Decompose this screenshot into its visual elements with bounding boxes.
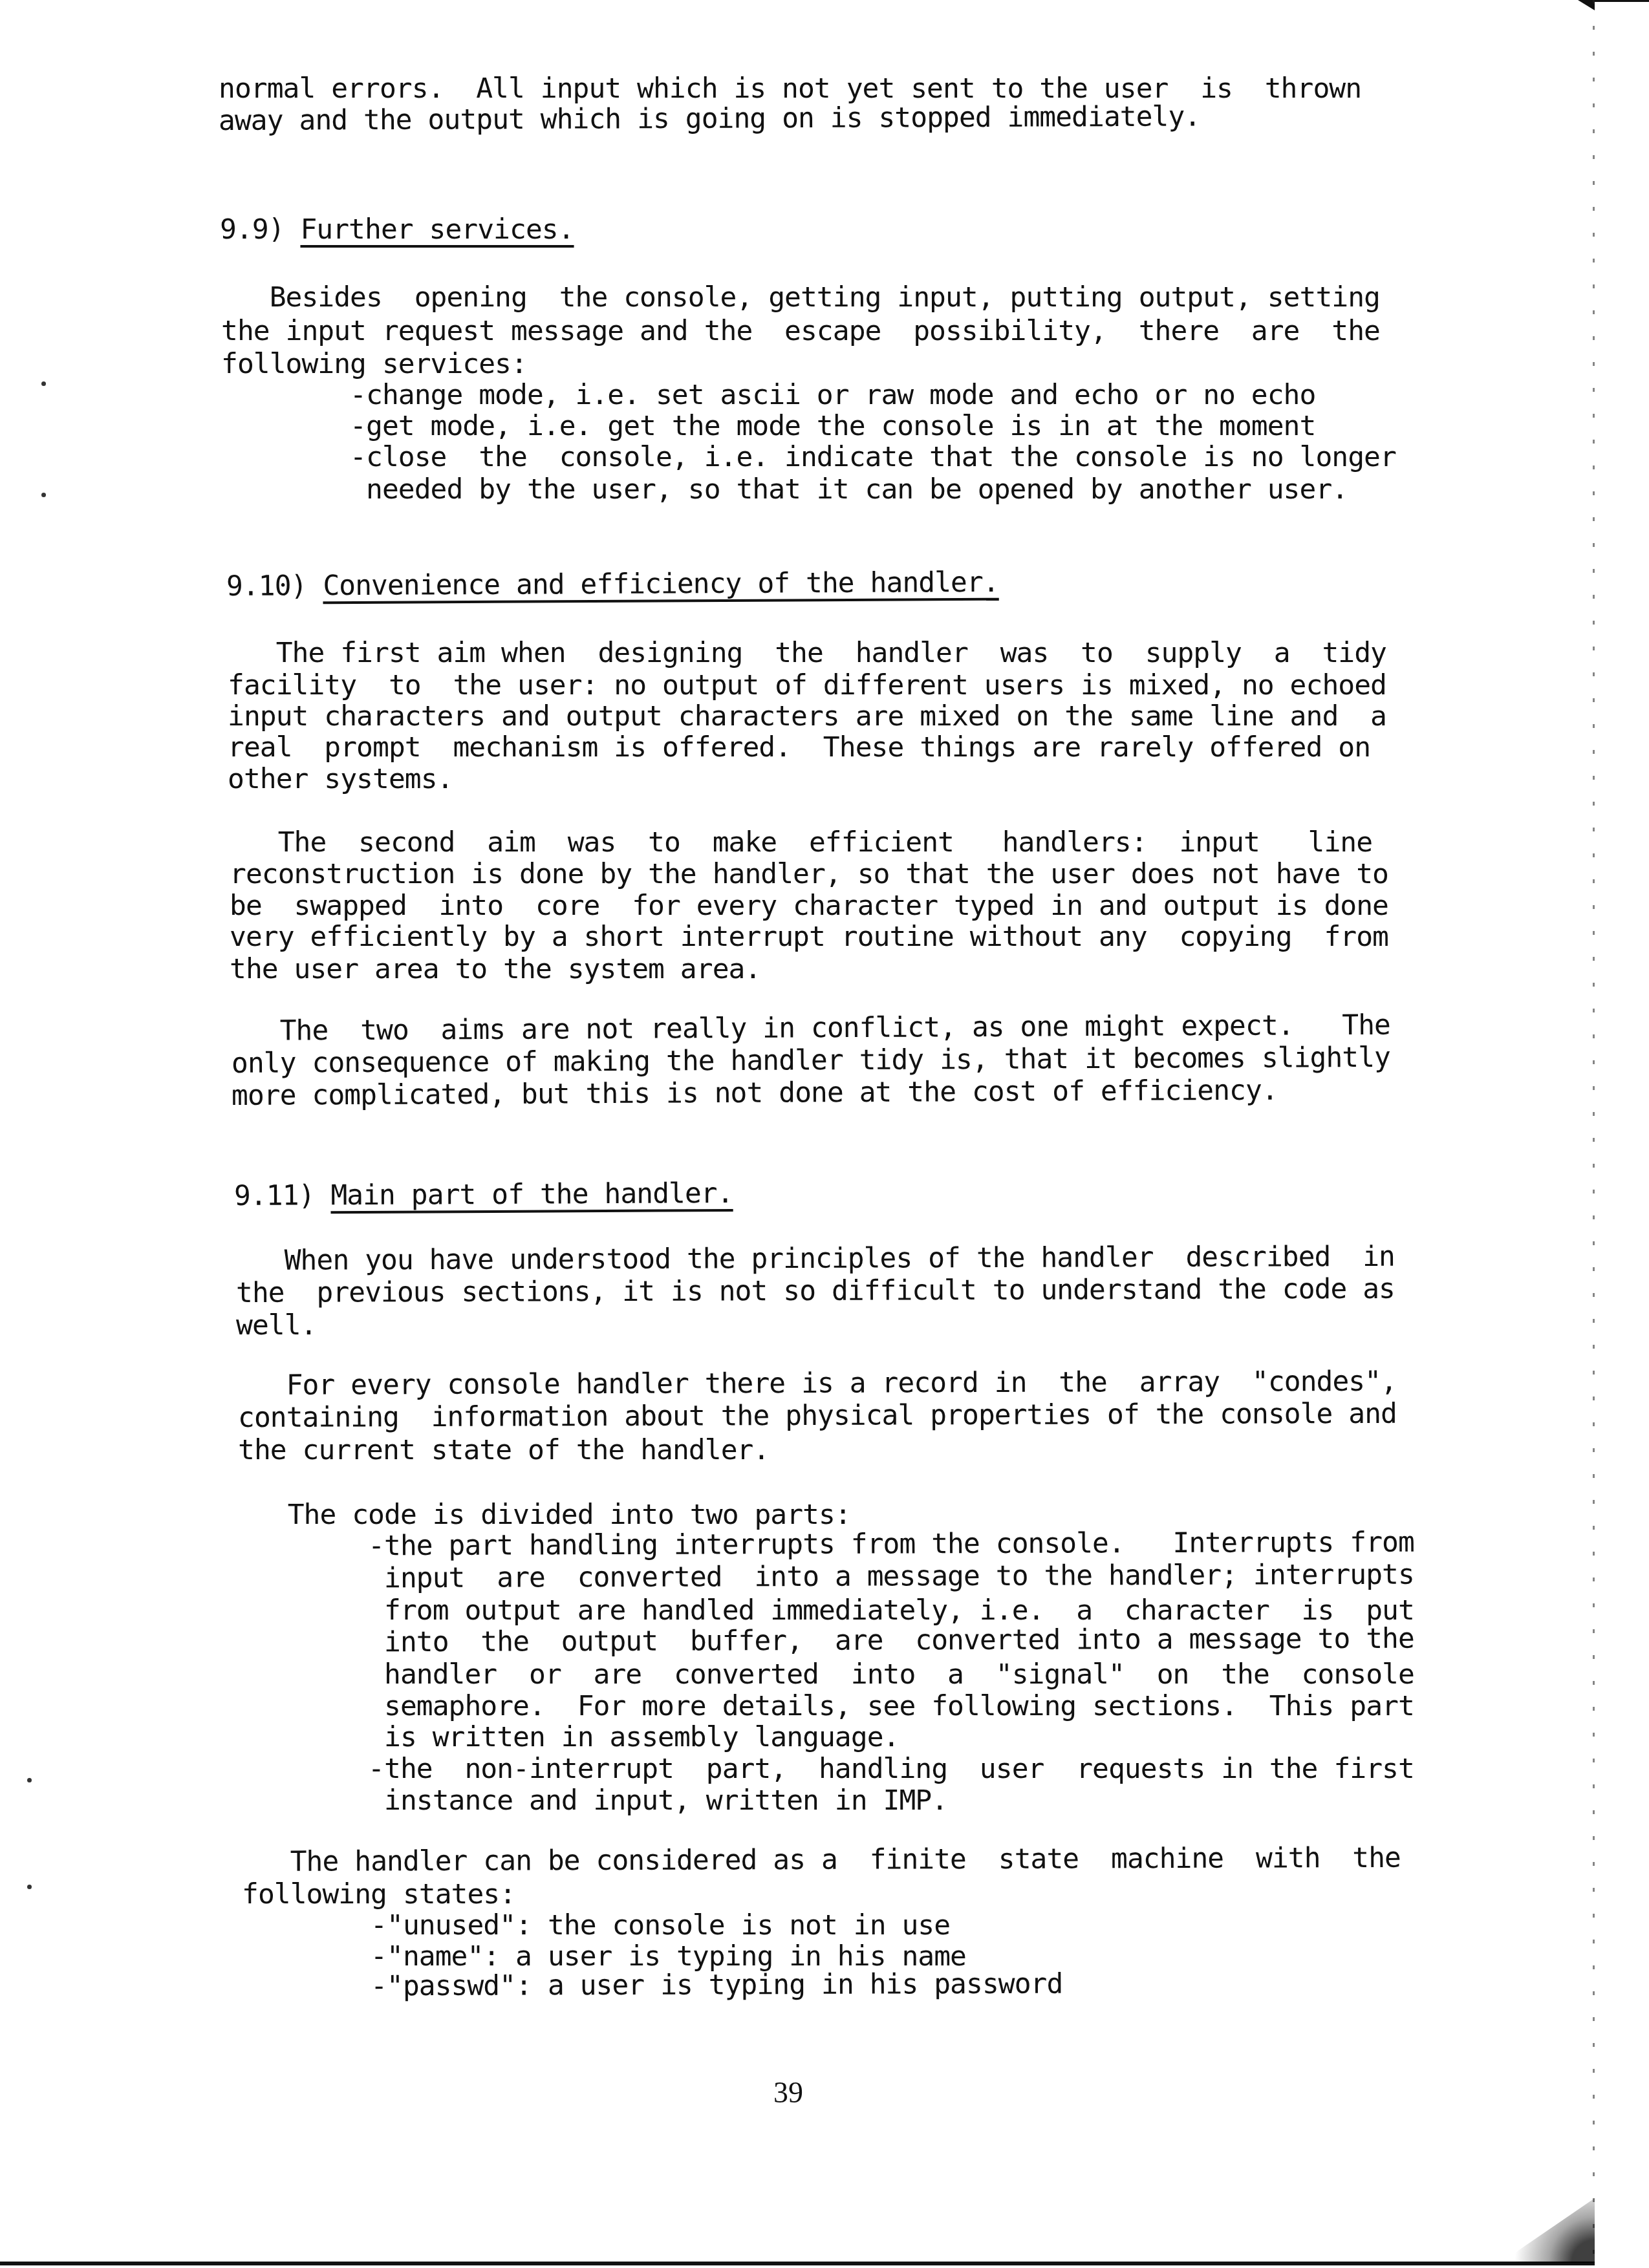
text-line: following states: bbox=[242, 1878, 515, 1910]
text-line: The code is divided into two parts: bbox=[239, 1499, 851, 1531]
section-title: Convenience and efficiency of the handle… bbox=[323, 566, 999, 602]
list-item: into the output buffer, are converted in… bbox=[239, 1623, 1414, 1659]
list-item: -"name": a user is typing in his name bbox=[242, 1940, 966, 1973]
text-line: very efficiently by a short interrupt ro… bbox=[230, 921, 1388, 953]
list-item: -the part handling interrupts from the c… bbox=[239, 1526, 1414, 1563]
text-line: facility to the user: no output of diffe… bbox=[228, 669, 1386, 701]
text-line: normal errors. All input which is not ye… bbox=[219, 72, 1396, 105]
text-line: When you have understood the principles … bbox=[236, 1241, 1395, 1277]
text-line: the previous sections, it is not so diff… bbox=[236, 1273, 1395, 1309]
text-line: The first aim when designing the handler… bbox=[228, 637, 1386, 669]
document-page: normal errors. All input which is not ye… bbox=[0, 0, 1649, 2268]
list-item: -"passwd": a user is typing in his passw… bbox=[242, 1968, 1062, 2003]
punch-mark bbox=[27, 1778, 32, 1782]
section-title: Main part of the handler. bbox=[330, 1177, 733, 1212]
text-line: the current state of the handler. bbox=[238, 1434, 769, 1466]
list-item: semaphore. For more details, see followi… bbox=[239, 1690, 1414, 1722]
punch-mark bbox=[41, 381, 46, 386]
section-heading-9-9: 9.9) Further services. bbox=[220, 213, 574, 246]
text-line: For every console handler there is a rec… bbox=[238, 1365, 1397, 1402]
punch-mark bbox=[41, 493, 46, 497]
list-item: -change mode, i.e. set ascii or raw mode… bbox=[221, 379, 1315, 411]
text-line: Besides opening the console, getting inp… bbox=[221, 281, 1380, 314]
list-item: input are converted into a message to th… bbox=[239, 1559, 1414, 1595]
text-line: following services: bbox=[221, 348, 527, 380]
text-line: other systems. bbox=[228, 763, 453, 795]
text-line: input characters and output characters a… bbox=[228, 700, 1386, 733]
scan-artifact-edge bbox=[0, 2262, 1595, 2265]
list-item: from output are handled immediately, i.e… bbox=[239, 1594, 1414, 1627]
punch-mark bbox=[27, 1885, 32, 1889]
section-heading-9-10: 9.10) Convenience and efficiency of the … bbox=[226, 566, 999, 603]
section-number: 9.9) bbox=[220, 213, 285, 246]
text-line: The second aim was to make efficient han… bbox=[230, 826, 1372, 859]
text-line: reconstruction is done by the handler, s… bbox=[230, 858, 1388, 890]
list-item: needed by the user, so that it can be op… bbox=[221, 473, 1348, 506]
list-item: -close the console, i.e. indicate that t… bbox=[221, 441, 1396, 473]
text-line: The handler can be considered as a finit… bbox=[242, 1842, 1401, 1878]
text-line: the input request message and the escape… bbox=[221, 315, 1380, 347]
list-item: handler or are converted into a "signal"… bbox=[239, 1658, 1414, 1691]
section-number: 9.10) bbox=[226, 570, 307, 603]
list-item: -"unused": the console is not in use bbox=[242, 1909, 950, 1942]
list-item: -the non-interrupt part, handling user r… bbox=[239, 1753, 1414, 1785]
page-number: 39 bbox=[773, 2075, 803, 2110]
list-item: instance and input, written in IMP. bbox=[239, 1784, 947, 1817]
scan-artifact-edge bbox=[1594, 0, 1649, 2]
section-heading-9-11: 9.11) Main part of the handler. bbox=[234, 1177, 733, 1212]
text-line: be swapped into core for every character… bbox=[230, 890, 1388, 922]
text-line: containing information about the physica… bbox=[238, 1398, 1397, 1434]
text-line: the user area to the system area. bbox=[230, 953, 760, 985]
text-line: real prompt mechanism is offered. These … bbox=[228, 731, 1370, 764]
section-number: 9.11) bbox=[234, 1179, 315, 1212]
list-item: is written in assembly language. bbox=[239, 1721, 899, 1753]
text-line: away and the output which is going on is… bbox=[219, 100, 1200, 137]
scan-artifact-edge bbox=[1593, 0, 1595, 2268]
section-title: Further services. bbox=[300, 213, 574, 246]
text-line: well. bbox=[236, 1309, 316, 1342]
scan-artifact-corner bbox=[1500, 2198, 1595, 2263]
text-line: more complicated, but this is not done a… bbox=[232, 1075, 1278, 1112]
list-item: -get mode, i.e. get the mode the console… bbox=[221, 410, 1315, 442]
